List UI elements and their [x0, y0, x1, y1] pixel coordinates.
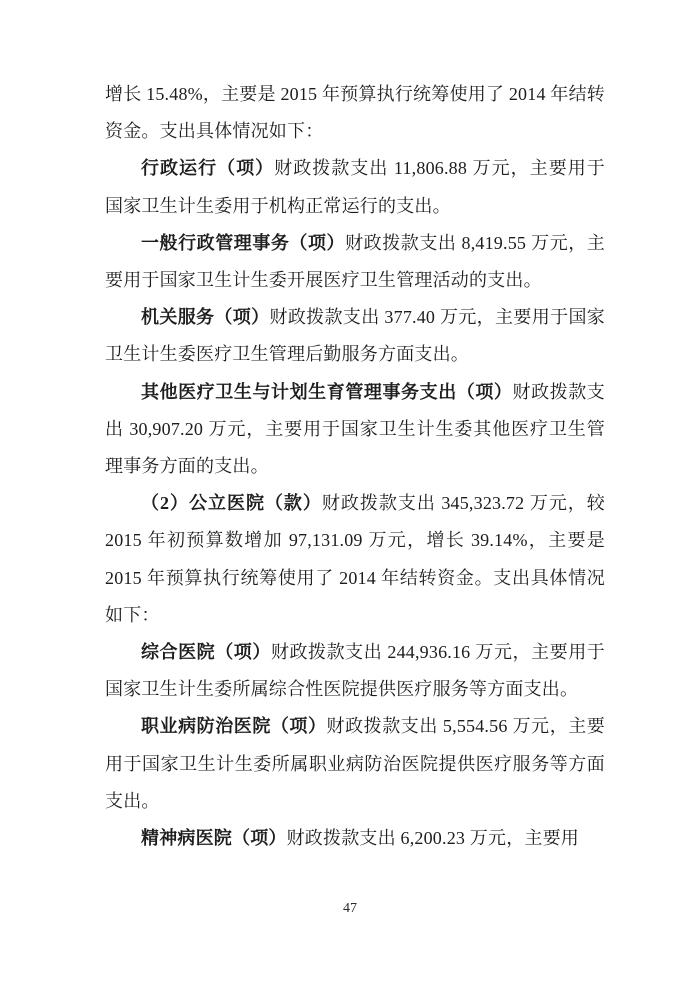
paragraph-text: 增长 15.48%，主要是 2015 年预算执行统筹使用了 2014 年结转资金…: [105, 84, 605, 141]
page-number: 47: [0, 901, 700, 917]
paragraph-overview-continuation: 增长 15.48%，主要是 2015 年预算执行统筹使用了 2014 年结转资金…: [105, 76, 605, 150]
paragraph-lead: 其他医疗卫生与计划生育管理事务支出（项）: [141, 382, 513, 402]
paragraph-xingzheng-yunxing: 行政运行（项）财政拨款支出 11,806.88 万元，主要用于国家卫生计生委用于…: [105, 150, 605, 224]
paragraph-jingshenbing-yiyuan: 精神病医院（项）财政拨款支出 6,200.23 万元，主要用: [105, 820, 605, 857]
paragraph-qita-yiliao-weisheng: 其他医疗卫生与计划生育管理事务支出（项）财政拨款支出 30,907.20 万元，…: [105, 374, 605, 486]
paragraph-lead: 一般行政管理事务（项）: [141, 233, 345, 253]
paragraph-lead: 机关服务（项）: [141, 307, 269, 327]
paragraph-lead: 职业病防治医院（项）: [141, 716, 327, 736]
paragraph-gongli-yiyuan: （2）公立医院（款）财政拨款支出 345,323.72 万元，较 2015 年初…: [105, 485, 605, 634]
paragraph-zhiyebing-fangzhi-yiyuan: 职业病防治医院（项）财政拨款支出 5,554.56 万元，主要用于国家卫生计生委…: [105, 708, 605, 820]
paragraph-zonghe-yiyuan: 综合医院（项）财政拨款支出 244,936.16 万元，主要用于国家卫生计生委所…: [105, 634, 605, 708]
document-page: 增长 15.48%，主要是 2015 年预算执行统筹使用了 2014 年结转资金…: [0, 0, 700, 989]
paragraph-jiguan-fuwu: 机关服务（项）财政拨款支出 377.40 万元，主要用于国家卫生计生委医疗卫生管…: [105, 299, 605, 373]
paragraph-yiban-xingzheng-guanli: 一般行政管理事务（项）财政拨款支出 8,419.55 万元，主要用于国家卫生计生…: [105, 225, 605, 299]
paragraph-lead: （2）公立医院（款）: [141, 493, 322, 513]
paragraph-text: 财政拨款支出 6,200.23 万元，主要用: [287, 828, 579, 848]
document-body: 增长 15.48%，主要是 2015 年预算执行统筹使用了 2014 年结转资金…: [105, 76, 605, 857]
paragraph-lead: 行政运行（项）: [141, 158, 274, 178]
paragraph-lead: 综合医院（项）: [141, 642, 271, 662]
paragraph-lead: 精神病医院（项）: [141, 828, 287, 848]
